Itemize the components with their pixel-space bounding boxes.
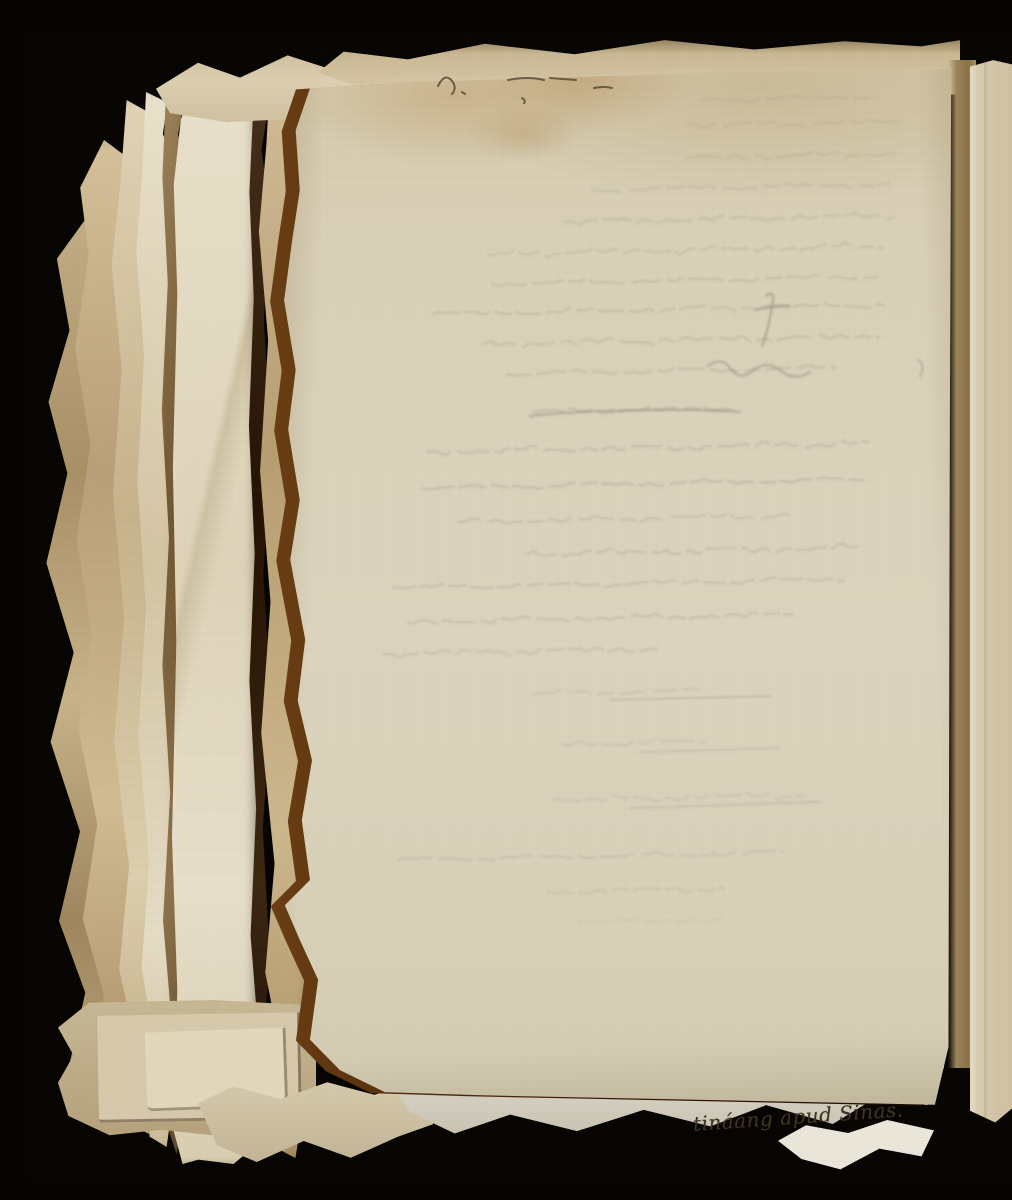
main-page <box>278 60 958 1110</box>
manuscript-photo-scene: tináang apud Sinas. <box>0 0 1012 1200</box>
right-page-sliver <box>970 58 1012 1130</box>
